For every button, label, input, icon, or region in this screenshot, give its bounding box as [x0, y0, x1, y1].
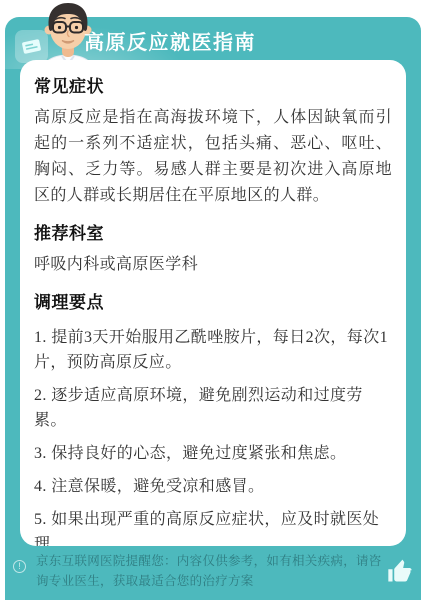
info-icon: !: [13, 560, 26, 573]
section-heading-symptoms: 常见症状: [34, 72, 392, 97]
department-text: 呼吸内科或高原医学科: [34, 252, 392, 278]
care-point-5: 5. 如果出现严重的高原反应症状，应及时就医处理。: [34, 507, 392, 546]
thumbs-up-icon[interactable]: [386, 557, 414, 585]
page-title: 高原反应就医指南: [84, 26, 256, 55]
symptoms-text: 高原反应是指在高海拔环境下，人体因缺氧而引起的一系列不适症状，包括头痛、恶心、呕…: [34, 105, 392, 209]
section-heading-care: 调理要点: [34, 288, 392, 313]
care-point-3: 3. 保持良好的心态，避免过度紧张和焦虑。: [34, 441, 392, 466]
care-point-4: 4. 注意保暖，避免受凉和感冒。: [34, 474, 392, 499]
section-heading-department: 推荐科室: [34, 219, 392, 244]
care-point-2: 2. 逐步适应高原环境，避免剧烈运动和过度劳累。: [34, 383, 392, 433]
care-point-1: 1. 提前3天开始服用乙酰唑胺片，每日2次，每次1片，预防高原反应。: [34, 325, 392, 375]
content-panel: 常见症状 高原反应是指在高海拔环境下，人体因缺氧而引起的一系列不适症状，包括头痛…: [20, 60, 406, 546]
disclaimer-text: 京东互联网医院提醒您：内容仅供参考，如有相关疾病，请咨询专业医生，获取最适合您的…: [36, 551, 386, 591]
